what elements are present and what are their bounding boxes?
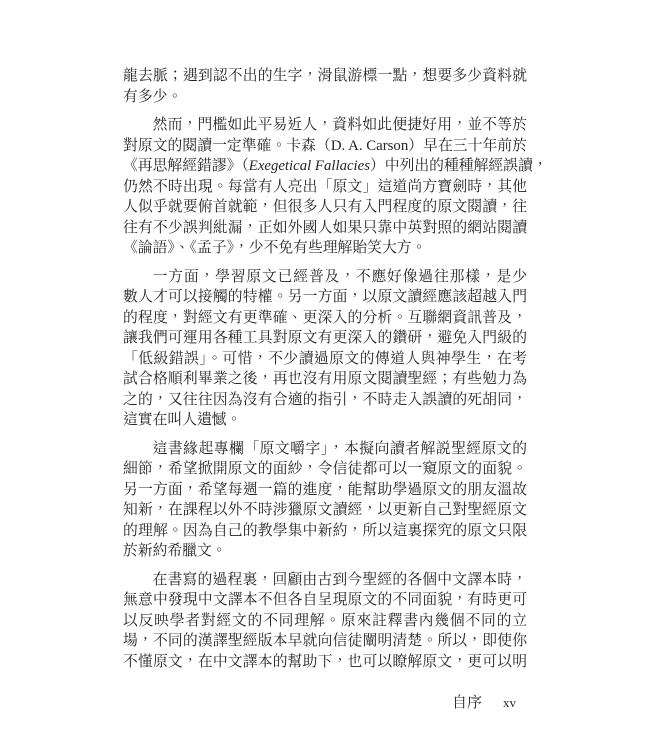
text-segment: 對原文的閱讀一定準確。卡森（D. A. Carson）早在三十年前於 bbox=[123, 138, 527, 154]
text-line: 不懂原文，在中文譯本的幫助下，也可以瞭解原文，更可以明 bbox=[123, 652, 527, 673]
text-line: 「低級錯誤」。可惜，不少讀過原文的傳道人與神學生，在考 bbox=[123, 349, 527, 370]
text-segment: 往有不少誤判紕漏，正如外國人如果只靠中英對照的網站閱讀 bbox=[123, 220, 527, 236]
text-line: 之的，又往往因為沒有合適的指引，不時走入誤讀的死胡同， bbox=[123, 390, 527, 411]
book-page: 龍去脈；遇到認不出的生字，滑鼠游標一點，想要多少資料就有多少。然而，門檻如此平易… bbox=[0, 0, 650, 750]
text-segment: 《再思解經錯謬》（ bbox=[123, 158, 249, 174]
text-line: 《再思解經錯謬》（Exegetical Fallacies）中列出的種種解經誤讀… bbox=[123, 156, 527, 177]
text-line: 仍然不時出現。每當有人亮出「原文」這道尚方寶劍時，其他 bbox=[123, 177, 527, 198]
paragraph: 在書寫的過程裏，回顧由古到今聖經的各個中文譯本時，無意中發現中文譯本不但各自呈現… bbox=[123, 570, 527, 673]
text-segment: 細節，希望掀開原文的面紗，令信徒都可以一窺原文的面貌。 bbox=[123, 461, 527, 477]
text-line: 一方面，學習原文已經普及，不應好像過往那樣，是少 bbox=[123, 267, 527, 288]
paragraph: 龍去脈；遇到認不出的生字，滑鼠游標一點，想要多少資料就有多少。 bbox=[123, 66, 527, 107]
paragraph: 這書緣起專欄「原文嚼字」，本擬向讀者解説聖經原文的細節，希望掀開原文的面紗，令信… bbox=[123, 439, 527, 562]
text-line: 《論語》、《孟子》，少不免有些理解貽笑大方。 bbox=[123, 238, 527, 259]
text-segment: 知新，在課程以外不時涉獵原文讀經，以更新自己對聖經原文 bbox=[123, 502, 527, 518]
text-line: 這書緣起專欄「原文嚼字」，本擬向讀者解説聖經原文的 bbox=[123, 439, 527, 460]
text-segment: 試合格順利畢業之後，再也沒有用原文閱讀聖經；有些勉力為 bbox=[123, 371, 527, 387]
text-line: 細節，希望掀開原文的面紗，令信徒都可以一窺原文的面貌。 bbox=[123, 459, 527, 480]
page-footer: 自序 xv bbox=[452, 691, 516, 712]
footer-section-title: 自序 bbox=[452, 691, 482, 712]
text-line: 這實在叫人遺憾。 bbox=[123, 410, 527, 431]
text-line: 有多少。 bbox=[123, 87, 527, 108]
text-segment: 仍然不時出現。每當有人亮出「原文」這道尚方寶劍時，其他 bbox=[123, 179, 527, 195]
text-segment: 一方面，學習原文已經普及，不應好像過往那樣，是少 bbox=[153, 269, 527, 285]
text-line: 於新約希臘文。 bbox=[123, 541, 527, 562]
text-line: 龍去脈；遇到認不出的生字，滑鼠游標一點，想要多少資料就 bbox=[123, 66, 527, 87]
text-segment: 有多少。 bbox=[123, 89, 182, 105]
paragraph: 一方面，學習原文已經普及，不應好像過往那樣，是少數人才可以接觸的特權。另一方面，… bbox=[123, 267, 527, 431]
text-segment: 於新約希臘文。 bbox=[123, 543, 227, 559]
text-line: 知新，在課程以外不時涉獵原文讀經，以更新自己對聖經原文 bbox=[123, 500, 527, 521]
text-line: 無意中發現中文譯本不但各自呈現原文的不同面貌，有時更可 bbox=[123, 590, 527, 611]
text-line: 往有不少誤判紕漏，正如外國人如果只靠中英對照的網站閱讀 bbox=[123, 218, 527, 239]
text-line: 的理解。因為自己的教學集中新約，所以這裏探究的原文只限 bbox=[123, 521, 527, 542]
page-text-block: 龍去脈；遇到認不出的生字，滑鼠游標一點，想要多少資料就有多少。然而，門檻如此平易… bbox=[123, 66, 527, 672]
text-segment: 以反映學者對經文的不同理解。原來註釋書內幾個不同的立 bbox=[123, 613, 527, 629]
footer-page-number: xv bbox=[503, 695, 516, 711]
text-segment: 的理解。因為自己的教學集中新約，所以這裏探究的原文只限 bbox=[123, 523, 527, 539]
text-segment: 然而，門檻如此平易近人，資料如此便捷好用，並不等於 bbox=[153, 117, 527, 133]
text-line: 對原文的閱讀一定準確。卡森（D. A. Carson）早在三十年前於 bbox=[123, 136, 527, 157]
text-segment: 另一方面，希望每週一篇的進度，能幫助學過原文的朋友溫故 bbox=[123, 482, 527, 498]
text-line: 讓我們可運用各種工具對原文有更深入的鑽研，避免入門級的 bbox=[123, 328, 527, 349]
text-line: 另一方面，希望每週一篇的進度，能幫助學過原文的朋友溫故 bbox=[123, 480, 527, 501]
text-segment: ）中列出的種種解經誤讀， bbox=[370, 158, 548, 174]
text-segment: 「低級錯誤」。可惜，不少讀過原文的傳道人與神學生，在考 bbox=[123, 351, 527, 367]
text-line: 以反映學者對經文的不同理解。原來註釋書內幾個不同的立 bbox=[123, 611, 527, 632]
text-segment: 這書緣起專欄「原文嚼字」，本擬向讀者解説聖經原文的 bbox=[153, 441, 527, 457]
text-segment: 的程度，對經文有更準確、更深入的分析。互聯網資訊普及， bbox=[123, 310, 527, 326]
text-line: 人似乎就要俯首就範，但很多人只有入門程度的原文閱讀，往 bbox=[123, 197, 527, 218]
text-segment: 之的，又往往因為沒有合適的指引，不時走入誤讀的死胡同， bbox=[123, 392, 527, 408]
paragraph: 然而，門檻如此平易近人，資料如此便捷好用，並不等於對原文的閱讀一定準確。卡森（D… bbox=[123, 115, 527, 259]
text-segment: 讓我們可運用各種工具對原文有更深入的鑽研，避免入門級的 bbox=[123, 330, 527, 346]
text-segment: 場，不同的漢譯聖經版本早就向信徒闡明清楚。所以，即使你 bbox=[123, 633, 527, 649]
text-segment: 《論語》、《孟子》，少不免有些理解貽笑大方。 bbox=[123, 240, 426, 256]
text-segment: 這實在叫人遺憾。 bbox=[123, 412, 241, 428]
italic-book-title: Exegetical Fallacies bbox=[249, 158, 370, 174]
text-segment: 無意中發現中文譯本不但各自呈現原文的不同面貌，有時更可 bbox=[123, 592, 527, 608]
text-segment: 不懂原文，在中文譯本的幫助下，也可以瞭解原文，更可以明 bbox=[123, 654, 527, 670]
text-segment: 龍去脈；遇到認不出的生字，滑鼠游標一點，想要多少資料就 bbox=[123, 68, 527, 84]
text-line: 場，不同的漢譯聖經版本早就向信徒闡明清楚。所以，即使你 bbox=[123, 631, 527, 652]
text-line: 數人才可以接觸的特權。另一方面，以原文讀經應該超越入門 bbox=[123, 287, 527, 308]
text-line: 在書寫的過程裏，回顧由古到今聖經的各個中文譯本時， bbox=[123, 570, 527, 591]
text-line: 然而，門檻如此平易近人，資料如此便捷好用，並不等於 bbox=[123, 115, 527, 136]
text-segment: 人似乎就要俯首就範，但很多人只有入門程度的原文閱讀，往 bbox=[123, 199, 527, 215]
text-line: 試合格順利畢業之後，再也沒有用原文閱讀聖經；有些勉力為 bbox=[123, 369, 527, 390]
text-segment: 在書寫的過程裏，回顧由古到今聖經的各個中文譯本時， bbox=[153, 572, 527, 588]
text-line: 的程度，對經文有更準確、更深入的分析。互聯網資訊普及， bbox=[123, 308, 527, 329]
text-segment: 數人才可以接觸的特權。另一方面，以原文讀經應該超越入門 bbox=[123, 289, 527, 305]
